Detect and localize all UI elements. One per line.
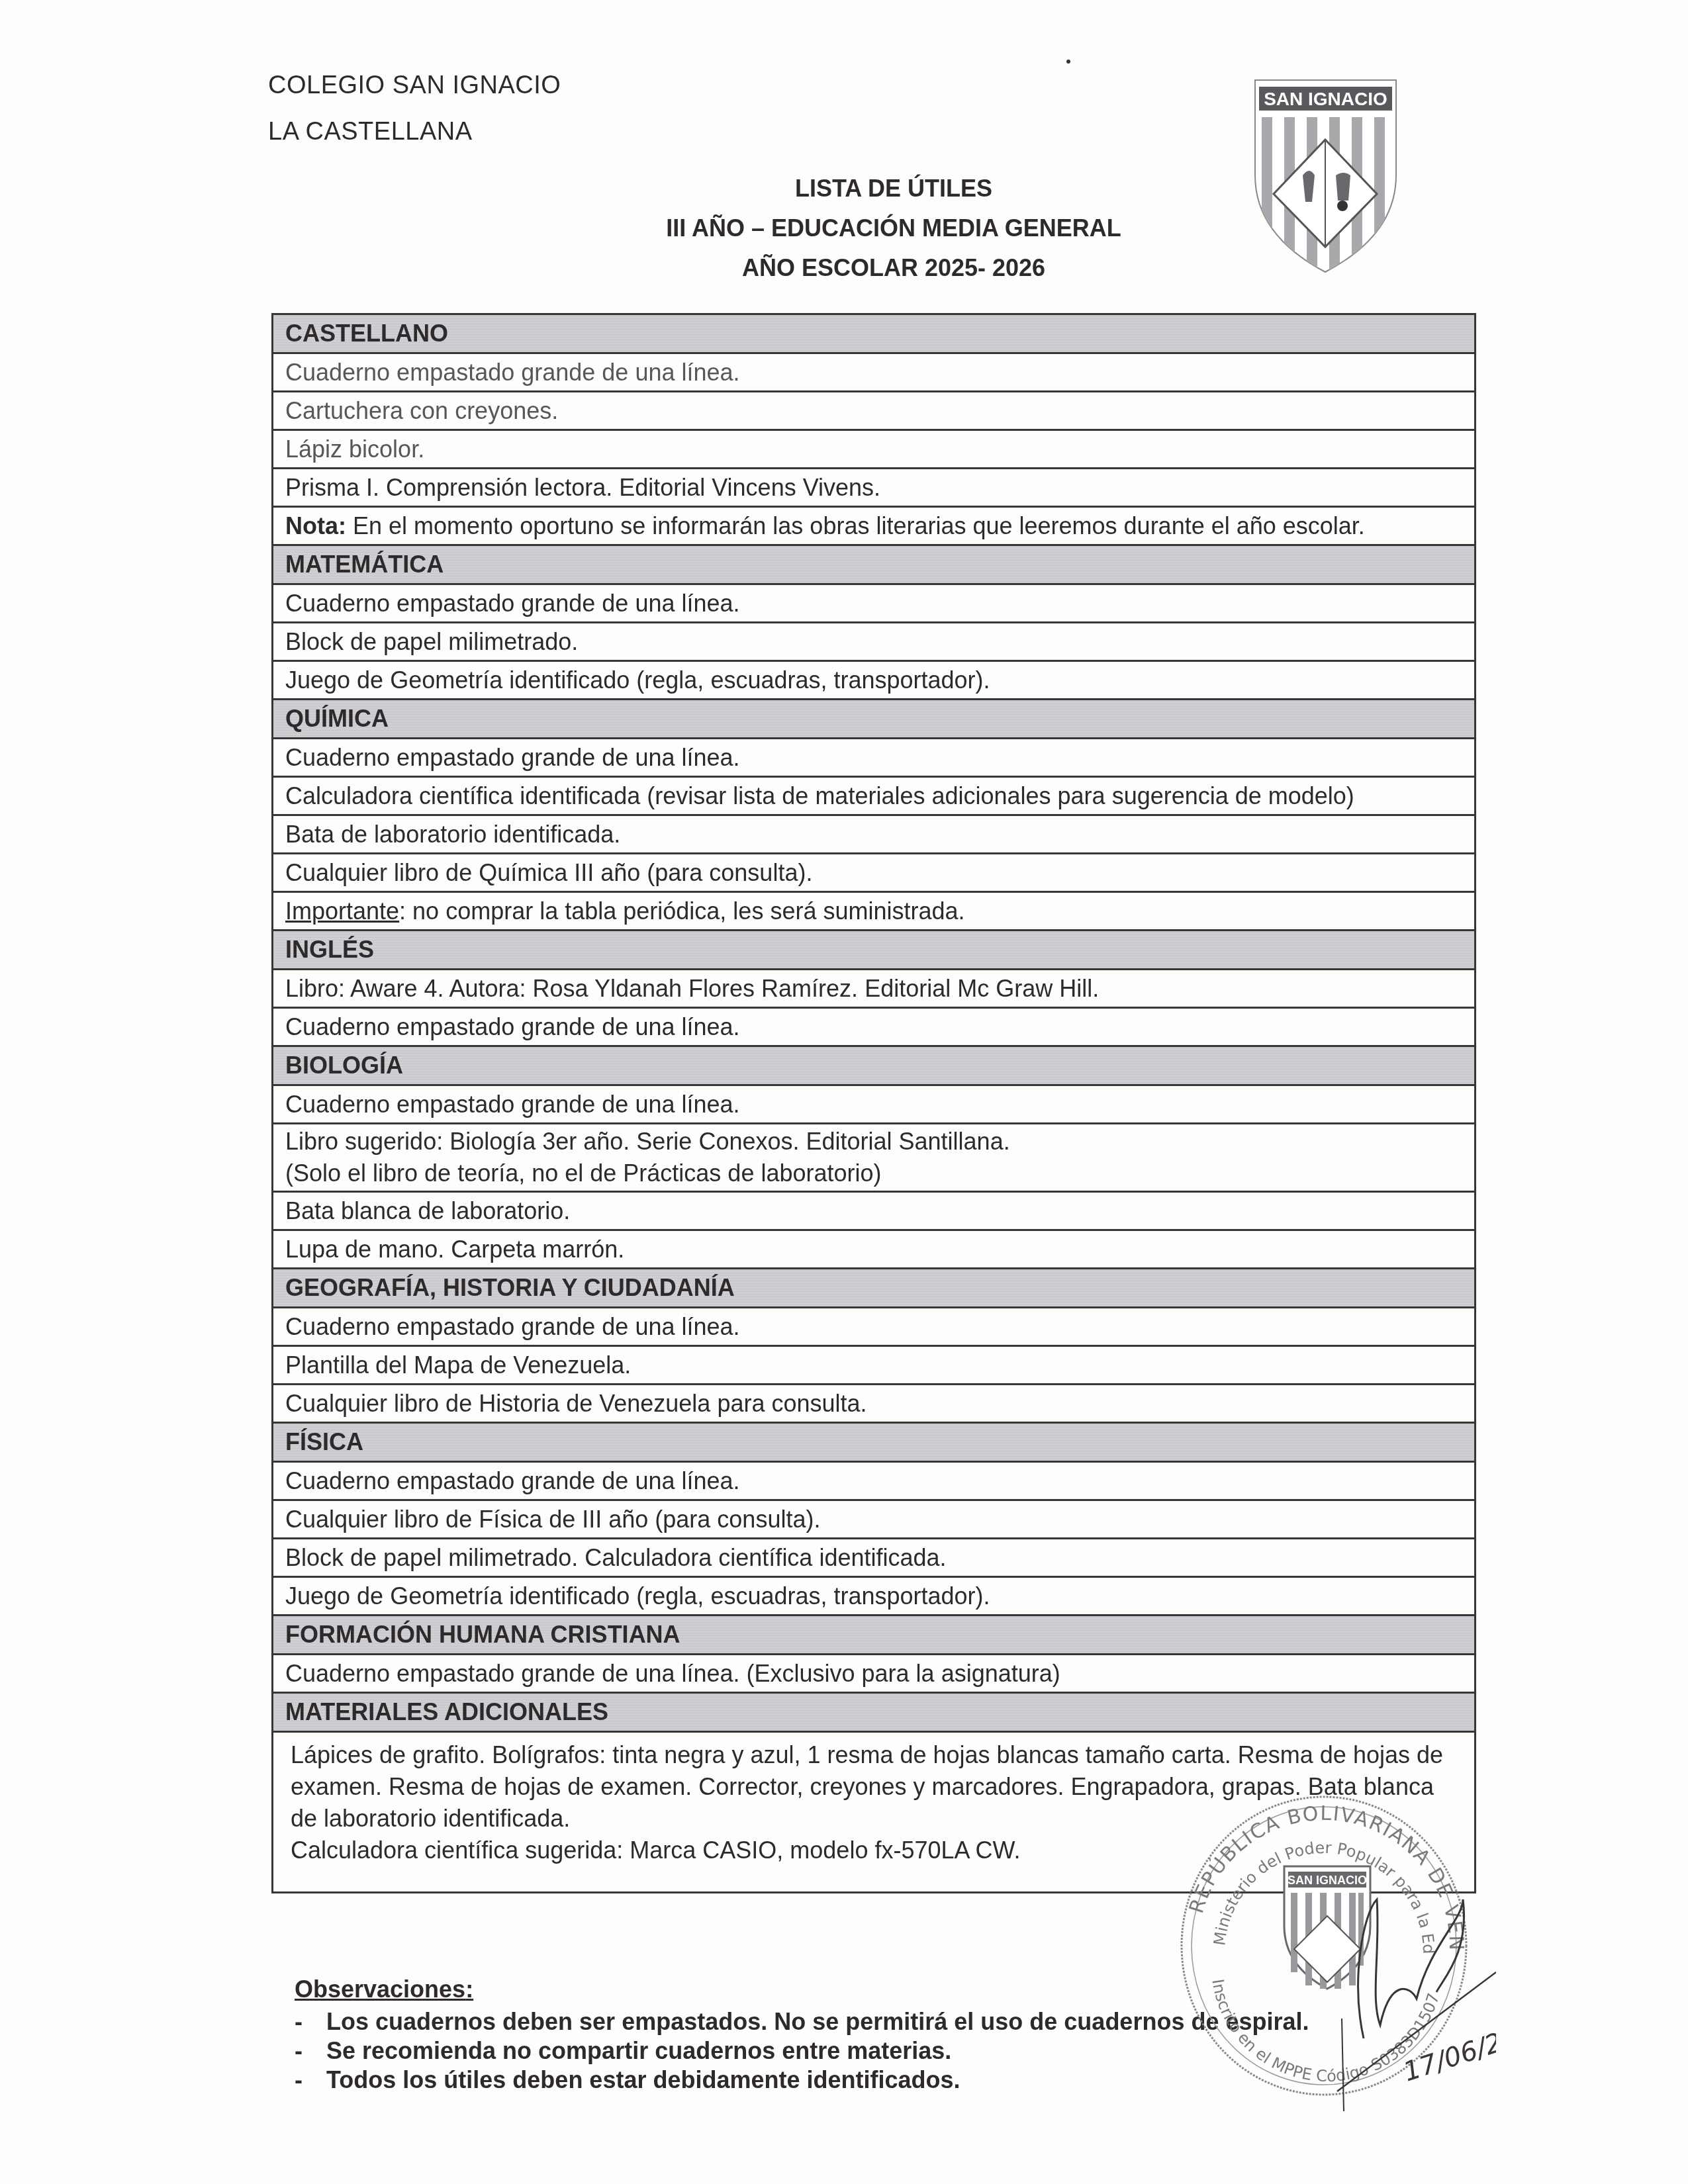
list-item: Cuaderno empastado grande de una línea.	[273, 584, 1476, 623]
section-title: MATERIALES ADICIONALES	[273, 1693, 1476, 1732]
list-item: Cualquier libro de Química III año (para…	[273, 854, 1476, 892]
list-item: Bata blanca de laboratorio.	[273, 1192, 1476, 1230]
section-header: FÍSICA	[273, 1423, 1476, 1462]
supply-list-table: CASTELLANO Cuaderno empastado grande de …	[271, 313, 1476, 1893]
list-item: Bata de laboratorio identificada.	[273, 815, 1476, 854]
calculator-suggestion: Calculadora científica sugerida: Marca C…	[291, 1835, 1462, 1866]
list-item: Libro sugerido: Biología 3er año. Serie …	[273, 1124, 1476, 1192]
list-item: Lápiz bicolor.	[273, 430, 1476, 469]
list-item: Cuaderno empastado grande de una línea.	[273, 353, 1476, 392]
observations-title: Observaciones	[295, 1976, 465, 2003]
section-header: CASTELLANO	[273, 314, 1476, 353]
svg-text:SAN IGNACIO: SAN IGNACIO	[1264, 89, 1387, 109]
list-item: Cuaderno empastado grande de una línea.	[273, 1308, 1476, 1346]
list-item: Cartuchera con creyones.	[273, 392, 1476, 430]
list-item: Block de papel milimetrado. Calculadora …	[273, 1539, 1476, 1577]
section-title: GEOGRAFÍA, HISTORIA Y CIUDADANÍA	[273, 1269, 1476, 1308]
book-note: (Solo el libro de teoría, no el de Práct…	[285, 1158, 1462, 1189]
section-note: Nota: En el momento oportuno se informar…	[273, 507, 1476, 545]
section-title: INGLÉS	[273, 931, 1476, 970]
observation-item: Todos los útiles deben estar debidamente…	[295, 2066, 1309, 2095]
list-item: Cuaderno empastado grande de una línea.	[273, 739, 1476, 777]
note-label: Nota:	[285, 512, 346, 539]
list-item: Juego de Geometría identificado (regla, …	[273, 1577, 1476, 1615]
signature	[1358, 1899, 1464, 2038]
signature-date: 17/06/2025	[1399, 2011, 1496, 2087]
section-title: QUÍMICA	[273, 700, 1476, 739]
list-item: Libro: Aware 4. Autora: Rosa Yldanah Flo…	[273, 970, 1476, 1008]
list-item: Prisma I. Comprensión lectora. Editorial…	[273, 469, 1476, 507]
section-title: FORMACIÓN HUMANA CRISTIANA	[273, 1615, 1476, 1655]
observations: Observaciones: Los cuadernos deben ser e…	[295, 1976, 1309, 2095]
list-item: Cuaderno empastado grande de una línea.	[273, 1085, 1476, 1124]
list-item: Cuaderno empastado grande de una línea.	[273, 1008, 1476, 1046]
document-subtitle: III AÑO – EDUCACIÓN MEDIA GENERAL	[0, 208, 1688, 248]
list-item: Plantilla del Mapa de Venezuela.	[273, 1346, 1476, 1385]
note-text: : no comprar la tabla periódica, les ser…	[399, 897, 964, 925]
school-crest-icon: SAN IGNACIO	[1251, 76, 1400, 275]
list-item: Calculadora científica identificada (rev…	[273, 777, 1476, 815]
additional-materials-text: Lápices de grafito. Bolígrafos: tinta ne…	[291, 1739, 1462, 1835]
section-title: FÍSICA	[273, 1423, 1476, 1462]
section-note: Importante: no comprar la tabla periódic…	[273, 892, 1476, 931]
list-item: Juego de Geometría identificado (regla, …	[273, 661, 1476, 700]
note-label: Importante	[285, 897, 399, 925]
list-item: Cualquier libro de Historia de Venezuela…	[273, 1385, 1476, 1423]
list-item: Block de papel milimetrado.	[273, 623, 1476, 661]
document-titles: LISTA DE ÚTILES III AÑO – EDUCACIÓN MEDI…	[0, 169, 1688, 288]
school-year: AÑO ESCOLAR 2025- 2026	[0, 248, 1688, 288]
section-header: INGLÉS	[273, 931, 1476, 970]
school-name: COLEGIO SAN IGNACIO	[268, 71, 561, 100]
section-header: BIOLOGÍA	[273, 1046, 1476, 1085]
list-item: Lupa de mano. Carpeta marrón.	[273, 1230, 1476, 1269]
section-header: MATEMÁTICA	[273, 545, 1476, 584]
section-title: CASTELLANO	[273, 314, 1476, 353]
list-item: Cualquier libro de Física de III año (pa…	[273, 1500, 1476, 1539]
document-title: LISTA DE ÚTILES	[0, 169, 1688, 208]
section-header: QUÍMICA	[273, 700, 1476, 739]
section-title: BIOLOGÍA	[273, 1046, 1476, 1085]
note-text: En el momento oportuno se informarán las…	[346, 512, 1365, 539]
section-title: MATEMÁTICA	[273, 545, 1476, 584]
observation-item: Los cuadernos deben ser empastados. No s…	[295, 2007, 1309, 2036]
scan-speck	[1066, 60, 1070, 64]
section-header: FORMACIÓN HUMANA CRISTIANA	[273, 1615, 1476, 1655]
list-item: Cuaderno empastado grande de una línea.	[273, 1462, 1476, 1500]
list-item: Cuaderno empastado grande de una línea. …	[273, 1655, 1476, 1693]
observation-item: Se recomienda no compartir cuadernos ent…	[295, 2036, 1309, 2066]
school-location: LA CASTELLANA	[268, 118, 473, 146]
section-header: MATERIALES ADICIONALES	[273, 1693, 1476, 1732]
section-header: GEOGRAFÍA, HISTORIA Y CIUDADANÍA	[273, 1269, 1476, 1308]
additional-materials: Lápices de grafito. Bolígrafos: tinta ne…	[273, 1732, 1476, 1893]
